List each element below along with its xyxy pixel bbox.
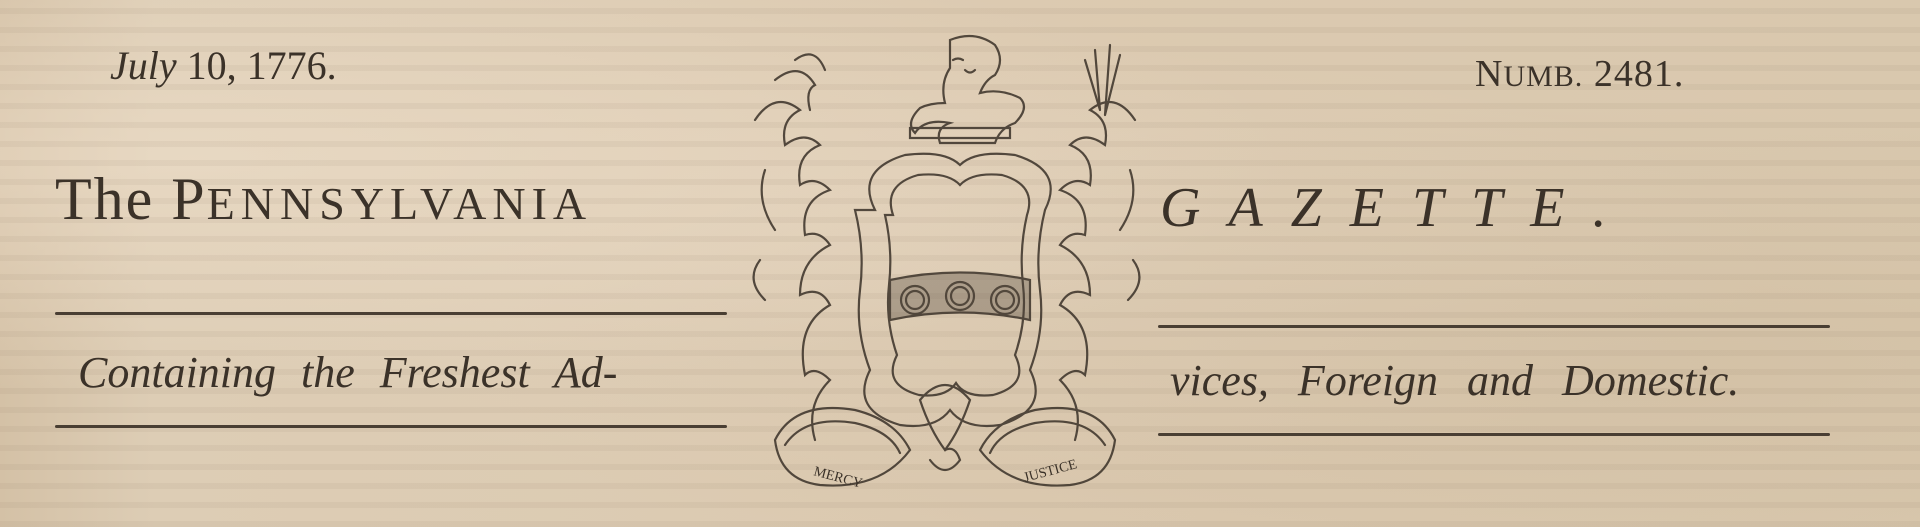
issue-date-day-year: 10, 1776.: [177, 43, 337, 88]
masthead-pennsylvania-rest: ENNSYLVANIA: [207, 178, 592, 229]
crest-motto-mercy: MERCY: [812, 464, 864, 491]
masthead-the: The: [55, 166, 171, 232]
crest-motto-justice: JUSTICE: [1022, 457, 1078, 486]
masthead-pennsylvania-initial: P: [171, 166, 206, 232]
rule-top-right: [1158, 325, 1830, 328]
rule-top-left: [55, 312, 727, 315]
tagline-right: vices, Foreign and Domestic.: [1170, 355, 1739, 406]
issue-date-month: July: [110, 43, 177, 88]
issue-number-value: 2481.: [1583, 53, 1684, 95]
issue-number: NUMB. 2481.: [1475, 52, 1684, 96]
heraldic-crest-lion-icon: MERCY JUSTICE: [735, 20, 1155, 520]
issue-number-prefix: UMB.: [1503, 60, 1583, 93]
masthead-title-gazette: GAZETTE.: [1160, 176, 1635, 240]
rule-bottom-left: [55, 425, 727, 428]
issue-date: July 10, 1776.: [110, 42, 337, 89]
masthead-title-left: The PENNSYLVANIA: [55, 165, 592, 234]
issue-number-prefix-initial: N: [1475, 53, 1503, 95]
rule-bottom-right: [1158, 433, 1830, 436]
tagline-left: Containing the Freshest Ad-: [78, 347, 617, 398]
